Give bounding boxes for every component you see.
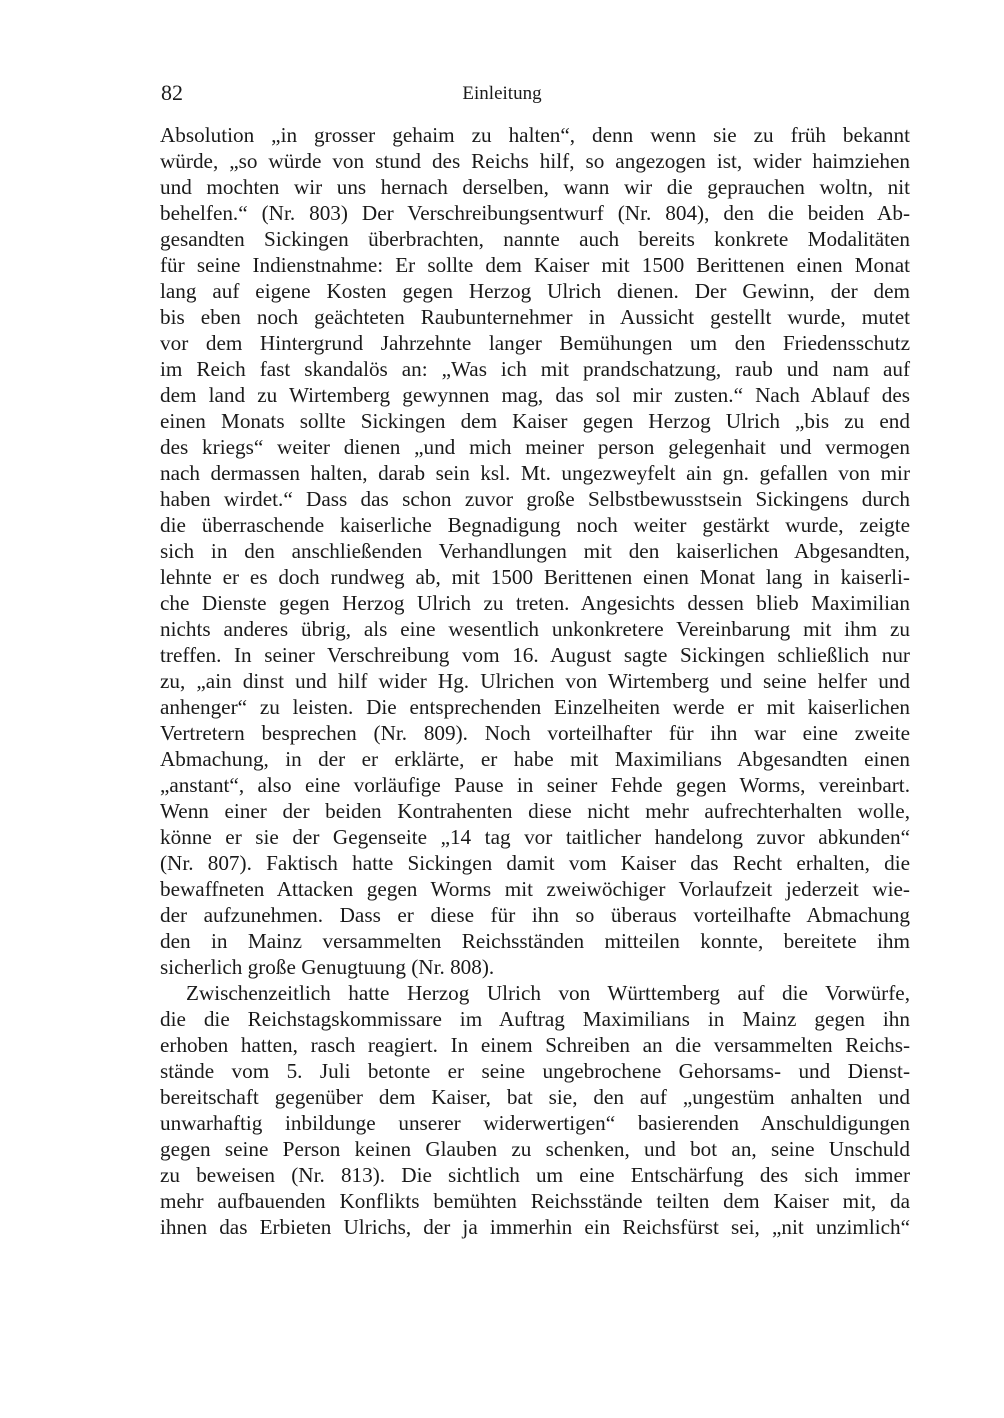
text-line: bereitschaft gegenüber dem Kaiser, bat s… [160, 1084, 910, 1110]
text-line: (Nr. 807). Faktisch hatte Sickingen dami… [160, 850, 910, 876]
text-line: die überraschende kaiserliche Begnadigun… [160, 512, 910, 538]
text-line: Zwischenzeitlich hatte Herzog Ulrich von… [160, 980, 910, 1006]
text-line: che Dienste gegen Herzog Ulrich zu trete… [160, 590, 910, 616]
text-line: könne er sie der Gegenseite „14 tag vor … [160, 824, 910, 850]
text-line: bewaffneten Attacken gegen Worms mit zwe… [160, 876, 910, 902]
text-line: zu beweisen (Nr. 813). Die sichtlich um … [160, 1162, 910, 1188]
text-line: Abmachung, in der er erklärte, er habe m… [160, 746, 910, 772]
text-line: dem land zu Wirtemberg gewynnen mag, das… [160, 382, 910, 408]
text-line: stände vom 5. Juli betonte er seine unge… [160, 1058, 910, 1084]
text-line: im Reich fast skandalös an: „Was ich mit… [160, 356, 910, 382]
text-line: bis eben noch geächteten Raubunternehmer… [160, 304, 910, 330]
body-text: Absolution „in grosser gehaim zu halten“… [160, 122, 910, 1240]
text-line: den in Mainz versammelten Reichsständen … [160, 928, 910, 954]
text-line: sich in den anschließenden Verhandlungen… [160, 538, 910, 564]
text-line: würde, „so würde von stund des Reichs hi… [160, 148, 910, 174]
text-line: nach dermassen halten, darab sein ksl. M… [160, 460, 910, 486]
paragraph-1: Absolution „in grosser gehaim zu halten“… [160, 122, 910, 980]
text-line: Vertretern besprechen (Nr. 809). Noch vo… [160, 720, 910, 746]
running-title: Einleitung [0, 82, 1004, 106]
text-line: „anstant“, also eine vorläufige Pause in… [160, 772, 910, 798]
text-line: sicherlich große Genugtuung (Nr. 808). [160, 954, 910, 980]
text-line: des kriegs“ weiter dienen „und mich mein… [160, 434, 910, 460]
text-line: anhenger“ zu leisten. Die entsprechenden… [160, 694, 910, 720]
text-line: unwarhaftig inbildunge unserer widerwert… [160, 1110, 910, 1136]
text-line: der aufzunehmen. Dass er diese für ihn s… [160, 902, 910, 928]
text-line: haben wirdet.“ Dass das schon zuvor groß… [160, 486, 910, 512]
text-line: behelfen.“ (Nr. 803) Der Verschreibungse… [160, 200, 910, 226]
text-line: Absolution „in grosser gehaim zu halten“… [160, 122, 910, 148]
text-line: mehr aufbauenden Konflikts bemühten Reic… [160, 1188, 910, 1214]
text-line: erhoben hatten, rasch reagiert. In einem… [160, 1032, 910, 1058]
text-line: die die Reichstagskommissare im Auftrag … [160, 1006, 910, 1032]
text-line: zu, „ain dinst und hilf wider Hg. Ulrich… [160, 668, 910, 694]
text-line: lehnte er es doch rundweg ab, mit 1500 B… [160, 564, 910, 590]
text-line: gegen seine Person keinen Glauben zu sch… [160, 1136, 910, 1162]
text-line: treffen. In seiner Verschreibung vom 16.… [160, 642, 910, 668]
paragraph-2: Zwischenzeitlich hatte Herzog Ulrich von… [160, 980, 910, 1240]
text-line: gesandten Sickingen überbrachten, nannte… [160, 226, 910, 252]
text-line: nichts anderes übrig, als eine wesentlic… [160, 616, 910, 642]
text-line: lang auf eigene Kosten gegen Herzog Ulri… [160, 278, 910, 304]
text-line: einen Monats sollte Sickingen dem Kaiser… [160, 408, 910, 434]
text-line: ihnen das Erbieten Ulrichs, der ja immer… [160, 1214, 910, 1240]
text-line: für seine Indienstnahme: Er sollte dem K… [160, 252, 910, 278]
text-line: Wenn einer der beiden Kontrahenten diese… [160, 798, 910, 824]
text-line: vor dem Hintergrund Jahrzehnte langer Be… [160, 330, 910, 356]
text-line: und mochten wir uns hernach derselben, w… [160, 174, 910, 200]
